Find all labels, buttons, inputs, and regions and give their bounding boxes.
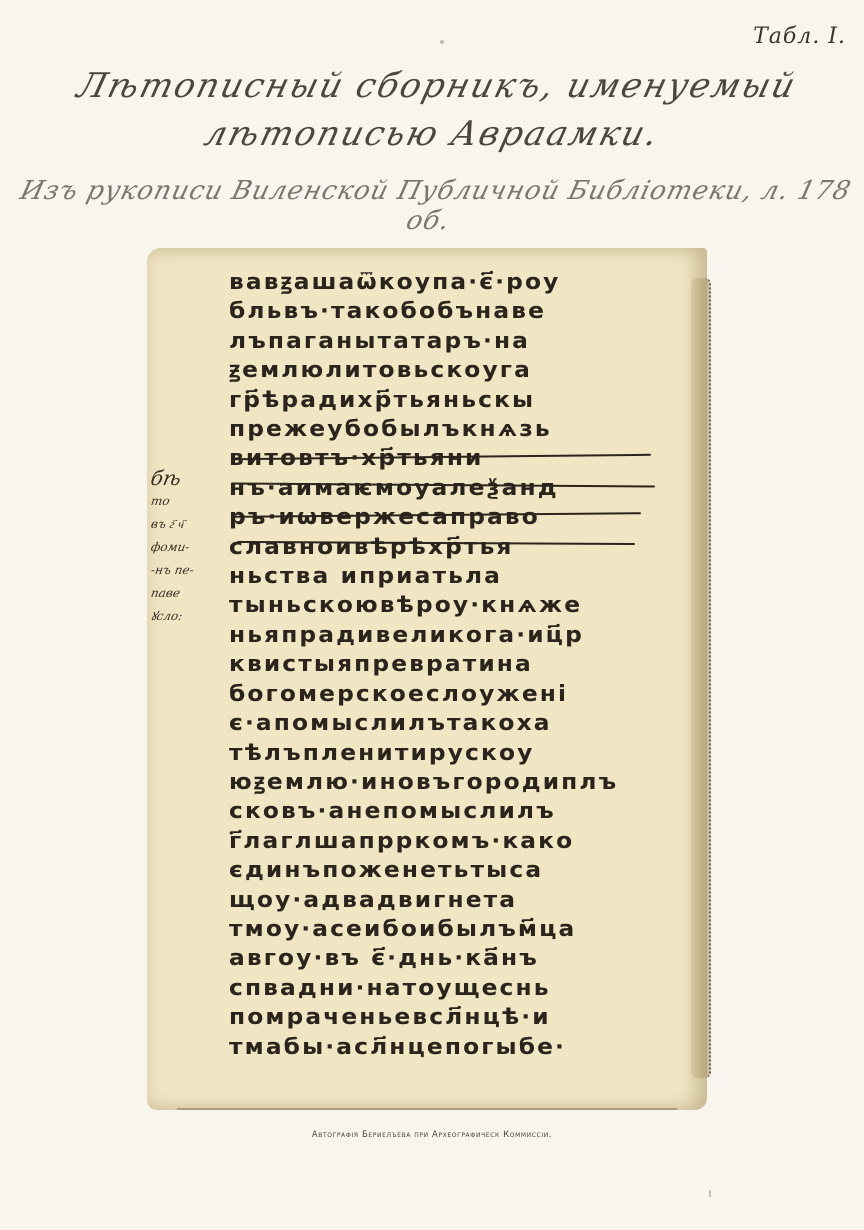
- manuscript-line: тѣлъпленитирускоу: [229, 739, 695, 768]
- manuscript-line: юꙃемлю·иновъгородиплъ: [229, 768, 695, 797]
- manuscript-line: єдинъпоженетьтыса: [229, 856, 695, 885]
- lithographer-caption: Автографія Бериелъева при Археографическ…: [0, 1130, 864, 1140]
- plate-number-label: Табл. I.: [753, 24, 846, 49]
- manuscript-line: тмоу·асеибоибылъм҃ца: [229, 915, 695, 944]
- manuscript-line: ньяпрадивеликога·иц҃р: [229, 621, 695, 650]
- margin-note: то: [149, 490, 231, 513]
- manuscript-line: тыньскоювѣроу·кнѧже: [229, 591, 695, 620]
- manuscript-line: спвадни·натоущеснь: [229, 974, 695, 1003]
- manuscript-folio: бѣ то въ г҃ ч҃ фоми- -нъ пе- паве ꙋсло: …: [147, 248, 707, 1110]
- manuscript-line: авгоу·въ є҃·днь·ка҃нъ: [229, 944, 695, 973]
- margin-note: паве: [149, 582, 231, 605]
- folio-edge: [177, 1108, 677, 1110]
- margin-note: ꙋсло:: [149, 605, 231, 628]
- manuscript-line: сковъ·анепомыслилъ: [229, 797, 695, 826]
- manuscript-line: лъпаганытатаръ·на: [229, 327, 695, 356]
- manuscript-line: прежеубобылъкнѧзь: [229, 415, 695, 444]
- manuscript-line: ꙃемлюлитовьскоуга: [229, 356, 695, 385]
- paper-speck: [440, 40, 444, 44]
- manuscript-line: щоу·адвадвигнета: [229, 886, 695, 915]
- title-line-1: Лѣтописный сборникъ, именуемый: [0, 62, 864, 110]
- margin-note: -нъ пе-: [149, 559, 231, 582]
- margin-note: въ г҃ ч҃: [149, 513, 231, 536]
- manuscript-line: є·апомыслилътакоха: [229, 709, 695, 738]
- manuscript-line: помраченьевсл҃нцѣ·и: [229, 1003, 695, 1032]
- margin-note: фоми-: [149, 536, 231, 559]
- manuscript-line: ньства иприатьла: [229, 562, 695, 591]
- manuscript-line: тмабы·асл҃нцепогыбе·: [229, 1033, 695, 1062]
- manuscript-line: славноивѣрѣхр҃тья: [229, 533, 695, 562]
- manuscript-line: богомерскоеслоужені: [229, 680, 695, 709]
- title-line-2: лѣтописью Авраамки.: [0, 110, 864, 158]
- title-block: Лѣтописный сборникъ, именуемый лѣтописью…: [0, 62, 864, 158]
- margin-note: бѣ: [149, 466, 231, 490]
- marginalia: бѣ то въ г҃ ч҃ фоми- -нъ пе- паве ꙋсло:: [151, 466, 229, 628]
- manuscript-line: нъ·аимаѥмоуалеѯанд: [229, 474, 695, 503]
- manuscript-line: гр҃ѣрадихр҃тьяньскы: [229, 386, 695, 415]
- manuscript-line: вавꙃашаѿкоупа·є҃·роу: [229, 268, 695, 297]
- manuscript-line: ръ·иѡвержесаправо: [229, 503, 695, 532]
- manuscript-text: вавꙃашаѿкоупа·є҃·роу бльвъ·такобобънаве …: [229, 268, 669, 1062]
- paper-speck: [709, 1190, 711, 1197]
- manuscript-line: г҃лаглшапрркомъ·како: [229, 827, 695, 856]
- source-line: Изъ рукописи Виленской Публичной Библіот…: [0, 176, 864, 236]
- manuscript-line: квистыяпревратина: [229, 650, 695, 679]
- manuscript-line: бльвъ·такобобънаве: [229, 297, 695, 326]
